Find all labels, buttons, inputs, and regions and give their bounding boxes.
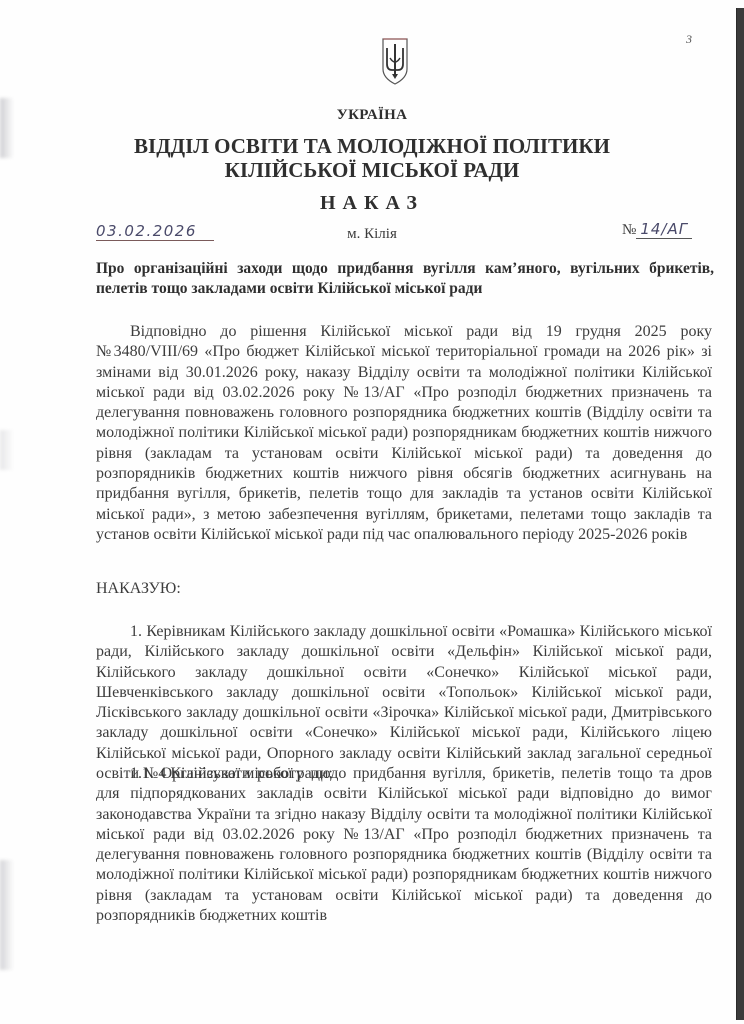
scan-artifact [0, 430, 14, 470]
order-title: НАКАЗ [0, 192, 744, 215]
department-line-2: КІЛІЙСЬКОЇ МІСЬКОЇ РАДИ [0, 158, 744, 182]
page-mark: 3 [686, 32, 692, 47]
order-subject: Про організаційні заходи щодо придбання … [96, 259, 714, 299]
number-sign: № [622, 222, 636, 238]
scan-artifact [0, 860, 14, 970]
order-item-1-1: 1.1. Організувати роботу щодо придбання … [96, 764, 712, 926]
order-number-handwritten: 14/АГ [636, 220, 692, 239]
item-text: Керівникам Кілійського закладу дошкільно… [96, 623, 712, 782]
item-number: 1.1. [130, 765, 154, 782]
item-text: Організувати роботу щодо придбання вугіл… [96, 765, 712, 924]
order-item-1: 1. Керівникам Кілійського закладу дошкіл… [96, 622, 712, 784]
document-page: 3 УКРАЇНА ВІДДІЛ ОСВІТИ ТА МОЛОДІЖНОЇ ПО… [0, 0, 744, 1024]
item-number: 1. [130, 623, 142, 640]
order-word: НАКАЗУЮ: [96, 579, 712, 599]
order-number: №14/АГ [622, 220, 692, 239]
preamble-paragraph: Відповідно до рішення Кілійської міської… [96, 322, 712, 545]
country-heading: УКРАЇНА [0, 107, 744, 124]
trident-emblem-icon [380, 36, 410, 86]
department-line-1: ВІДДІЛ ОСВІТИ ТА МОЛОДІЖНОЇ ПОЛІТИКИ [0, 134, 744, 158]
department-heading: ВІДДІЛ ОСВІТИ ТА МОЛОДІЖНОЇ ПОЛІТИКИ КІЛ… [0, 134, 744, 182]
